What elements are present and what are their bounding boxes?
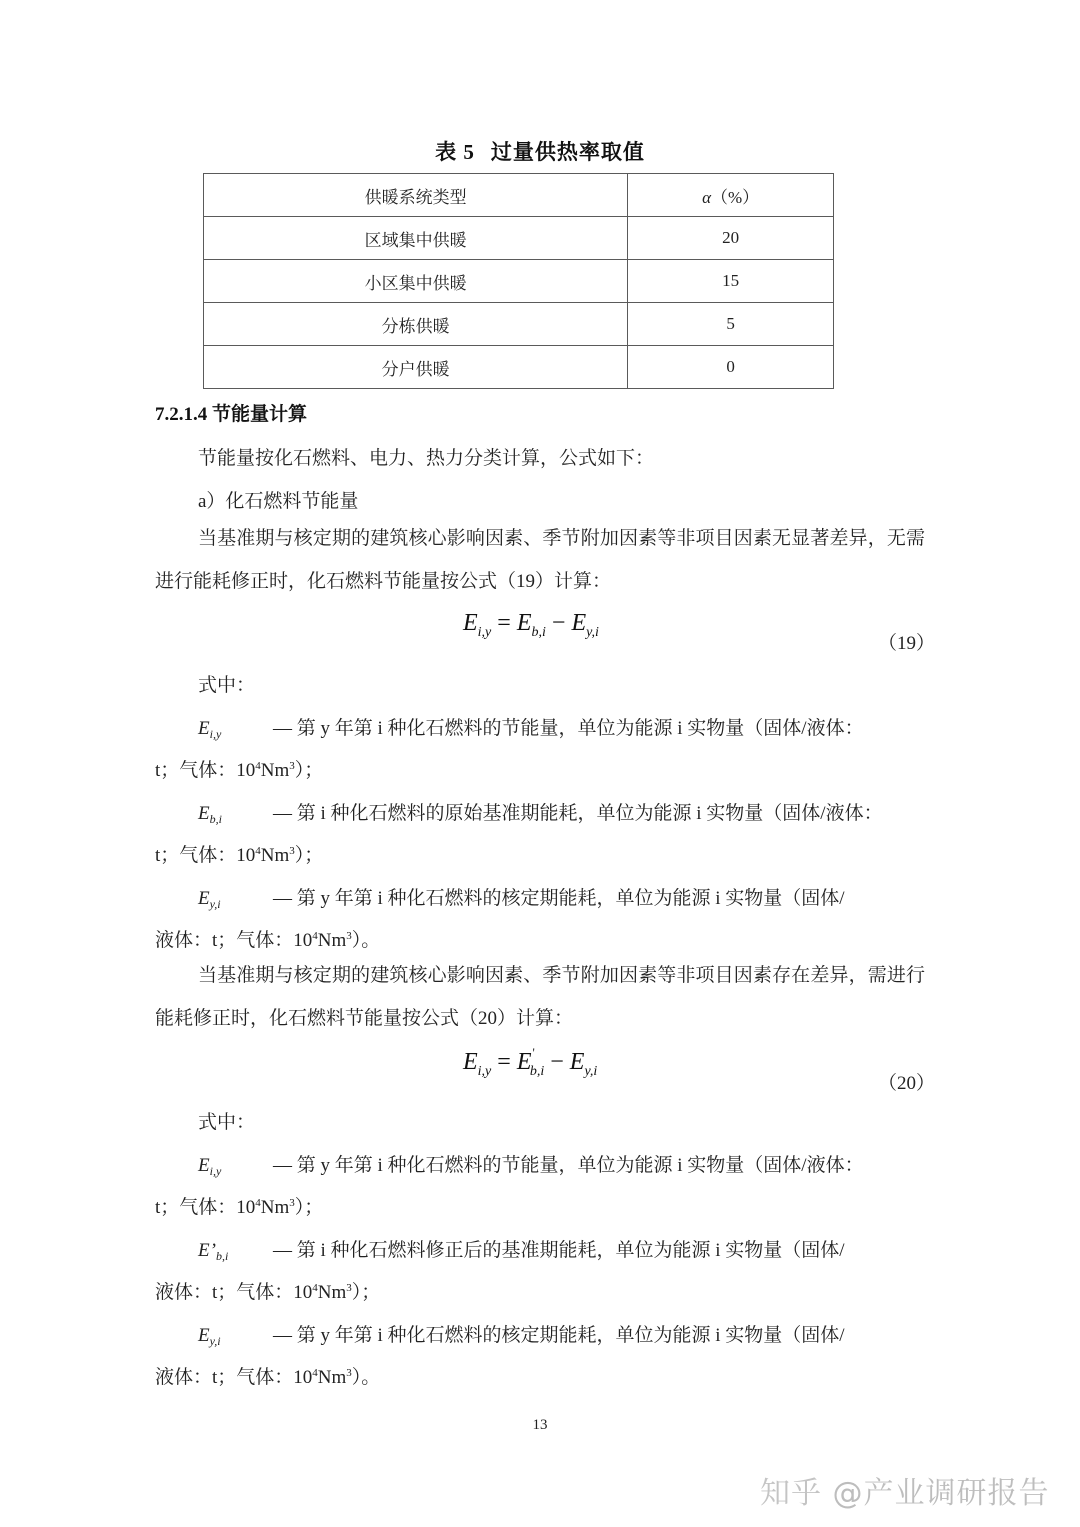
definition-continuation: 液体：t；气体：104Nm3）。: [155, 1362, 380, 1389]
unit-text: Nm: [318, 1367, 347, 1388]
definition-symbol: Eb,i: [198, 803, 273, 827]
definition-text: — 第 i 种化石燃料修正后的基准期能耗，单位为能源 i 实物量（固体/: [273, 1240, 845, 1261]
heating-rate-table: 供暖系统类型 α（%） 区域集中供暖 20 小区集中供暖 15 分栋供暖 5 分…: [203, 173, 834, 389]
cell-alpha-value: 20: [628, 217, 834, 260]
unit-text: ）。: [352, 930, 381, 951]
section-title: 节能量计算: [212, 404, 307, 425]
formula-subscript: b,i: [530, 1064, 544, 1079]
formula-subscript: y,i: [584, 1064, 597, 1079]
definition-symbol: Ei,y: [198, 1155, 273, 1179]
definition-symbol: Ey,i: [198, 888, 273, 912]
cell-system-type: 小区集中供暖: [204, 260, 628, 303]
unit-text: t；气体：10: [155, 760, 255, 781]
definition-symbol: Ei,y: [198, 718, 273, 742]
definition-symbol: Ey,i: [198, 1325, 273, 1349]
unit-text: ）；: [352, 1282, 381, 1303]
symbol-letter: E’: [198, 1240, 216, 1261]
symbol-subscript: i,y: [210, 727, 222, 741]
section-number: 7.2.1.4: [155, 404, 207, 425]
page-number: 13: [0, 1417, 1080, 1434]
table-row: 区域集中供暖 20: [204, 217, 834, 260]
cell-alpha-value: 15: [628, 260, 834, 303]
formula-term: E: [570, 1049, 585, 1075]
unit-text: Nm: [261, 760, 290, 781]
unit-text: 液体：t；气体：10: [155, 1367, 312, 1388]
unit-text: Nm: [318, 1282, 347, 1303]
formula-prime: ': [533, 1045, 535, 1060]
definition-continuation: 液体：t；气体：104Nm3）。: [155, 925, 380, 952]
formula-subscript: b,i: [532, 625, 546, 640]
subsection-a-label: a）化石燃料节能量: [198, 486, 358, 513]
alpha-unit: （%）: [711, 188, 759, 207]
cell-alpha-value: 5: [628, 303, 834, 346]
unit-text: 液体：t；气体：10: [155, 930, 312, 951]
unit-text: Nm: [318, 930, 347, 951]
definition-continuation: t；气体：104Nm3）；: [155, 755, 323, 782]
unit-text: ）；: [295, 845, 324, 866]
definition-line: Ey,i— 第 y 年第 i 种化石燃料的核定期能耗，单位为能源 i 实物量（固…: [198, 1320, 845, 1349]
formula-20: Ei,y=E'b,i−Ey,i: [463, 1045, 597, 1080]
condition-paragraph-2: 当基准期与核定期的建筑核心影响因素、季节附加因素等非项目因素存在差异，需进行能耗…: [155, 955, 925, 1040]
unit-text: 液体：t；气体：10: [155, 1282, 312, 1303]
formula-operator: −: [550, 1049, 564, 1075]
unit-text: ）。: [352, 1367, 381, 1388]
definition-continuation: t；气体：104Nm3）；: [155, 1192, 323, 1219]
formula-subscript: i,y: [478, 625, 492, 640]
definition-symbol: E’b,i: [198, 1240, 273, 1264]
unit-text: t；气体：10: [155, 1197, 255, 1218]
unit-text: ）；: [295, 760, 324, 781]
table-caption-title: 过量供热率取值: [491, 140, 645, 164]
formula-term: E: [517, 610, 532, 636]
condition-paragraph-1: 当基准期与核定期的建筑核心影响因素、季节附加因素等非项目因素无显著差异，无需进行…: [155, 518, 925, 603]
symbol-subscript: i,y: [210, 1164, 222, 1178]
cell-alpha-value: 0: [628, 346, 834, 389]
definition-text: — 第 i 种化石燃料的原始基准期能耗，单位为能源 i 实物量（固体/液体：: [273, 803, 883, 824]
formula-19: Ei,y=Eb,i−Ey,i: [463, 610, 599, 641]
definition-line: Eb,i— 第 i 种化石燃料的原始基准期能耗，单位为能源 i 实物量（固体/液…: [198, 798, 883, 827]
equation-number-19: （19）: [878, 628, 935, 655]
cell-system-type: 分户供暖: [204, 346, 628, 389]
unit-text: Nm: [261, 1197, 290, 1218]
table-row: 分栋供暖 5: [204, 303, 834, 346]
formula-term: E: [571, 610, 586, 636]
symbol-letter: E: [198, 1155, 210, 1176]
symbol-letter: E: [198, 1325, 210, 1346]
definition-line: Ey,i— 第 y 年第 i 种化石燃料的核定期能耗，单位为能源 i 实物量（固…: [198, 883, 845, 912]
watermark: 知乎 @产业调研报告: [760, 1468, 1050, 1512]
symbol-subscript: b,i: [216, 1249, 228, 1263]
formula-operator: −: [552, 610, 566, 636]
unit-text: t；气体：10: [155, 845, 255, 866]
header-cell-system-type: 供暖系统类型: [204, 174, 628, 217]
formula-operator: =: [497, 1049, 511, 1075]
symbol-letter: E: [198, 718, 210, 739]
alpha-symbol: α: [702, 188, 711, 207]
cell-system-type: 区域集中供暖: [204, 217, 628, 260]
definition-text: — 第 y 年第 i 种化石燃料的核定期能耗，单位为能源 i 实物量（固体/: [273, 1325, 845, 1346]
watermark-author: @产业调研报告: [833, 1476, 1050, 1511]
definition-text: — 第 y 年第 i 种化石燃料的节能量，单位为能源 i 实物量（固体/液体：: [273, 1155, 864, 1176]
definition-text: — 第 y 年第 i 种化石燃料的节能量，单位为能源 i 实物量（固体/液体：: [273, 718, 864, 739]
symbol-subscript: y,i: [210, 1334, 221, 1348]
table-row: 小区集中供暖 15: [204, 260, 834, 303]
definition-line: Ei,y— 第 y 年第 i 种化石燃料的节能量，单位为能源 i 实物量（固体/…: [198, 713, 864, 742]
section-heading: 7.2.1.4 节能量计算: [155, 399, 307, 426]
unit-text: Nm: [261, 845, 290, 866]
definition-line: E’b,i— 第 i 种化石燃料修正后的基准期能耗，单位为能源 i 实物量（固体…: [198, 1235, 845, 1264]
where-label: 式中：: [198, 670, 255, 697]
symbol-letter: E: [198, 803, 210, 824]
equation-number-20: （20）: [878, 1068, 935, 1095]
intro-paragraph: 节能量按化石燃料、电力、热力分类计算，公式如下：: [198, 443, 654, 470]
symbol-subscript: b,i: [210, 812, 222, 826]
symbol-letter: E: [198, 888, 210, 909]
cell-system-type: 分栋供暖: [204, 303, 628, 346]
definition-text: — 第 y 年第 i 种化石燃料的核定期能耗，单位为能源 i 实物量（固体/: [273, 888, 845, 909]
formula-subscript: y,i: [586, 625, 599, 640]
table-caption-number: 表 5: [435, 140, 475, 164]
watermark-brand: 知乎: [760, 1476, 822, 1511]
header-cell-alpha: α（%）: [628, 174, 834, 217]
formula-subscript: i,y: [478, 1064, 492, 1079]
unit-text: ）；: [295, 1197, 324, 1218]
definition-continuation: t；气体：104Nm3）；: [155, 840, 323, 867]
formula-term: E: [463, 610, 478, 636]
definition-continuation: 液体：t；气体：104Nm3）；: [155, 1277, 380, 1304]
table-row: 分户供暖 0: [204, 346, 834, 389]
definition-line: Ei,y— 第 y 年第 i 种化石燃料的节能量，单位为能源 i 实物量（固体/…: [198, 1150, 864, 1179]
formula-operator: =: [497, 610, 511, 636]
symbol-subscript: y,i: [210, 897, 221, 911]
formula-term: E: [463, 1049, 478, 1075]
table-header-row: 供暖系统类型 α（%）: [204, 174, 834, 217]
table-caption: 表 5过量供热率取值: [0, 136, 1080, 166]
where-label: 式中：: [198, 1107, 255, 1134]
